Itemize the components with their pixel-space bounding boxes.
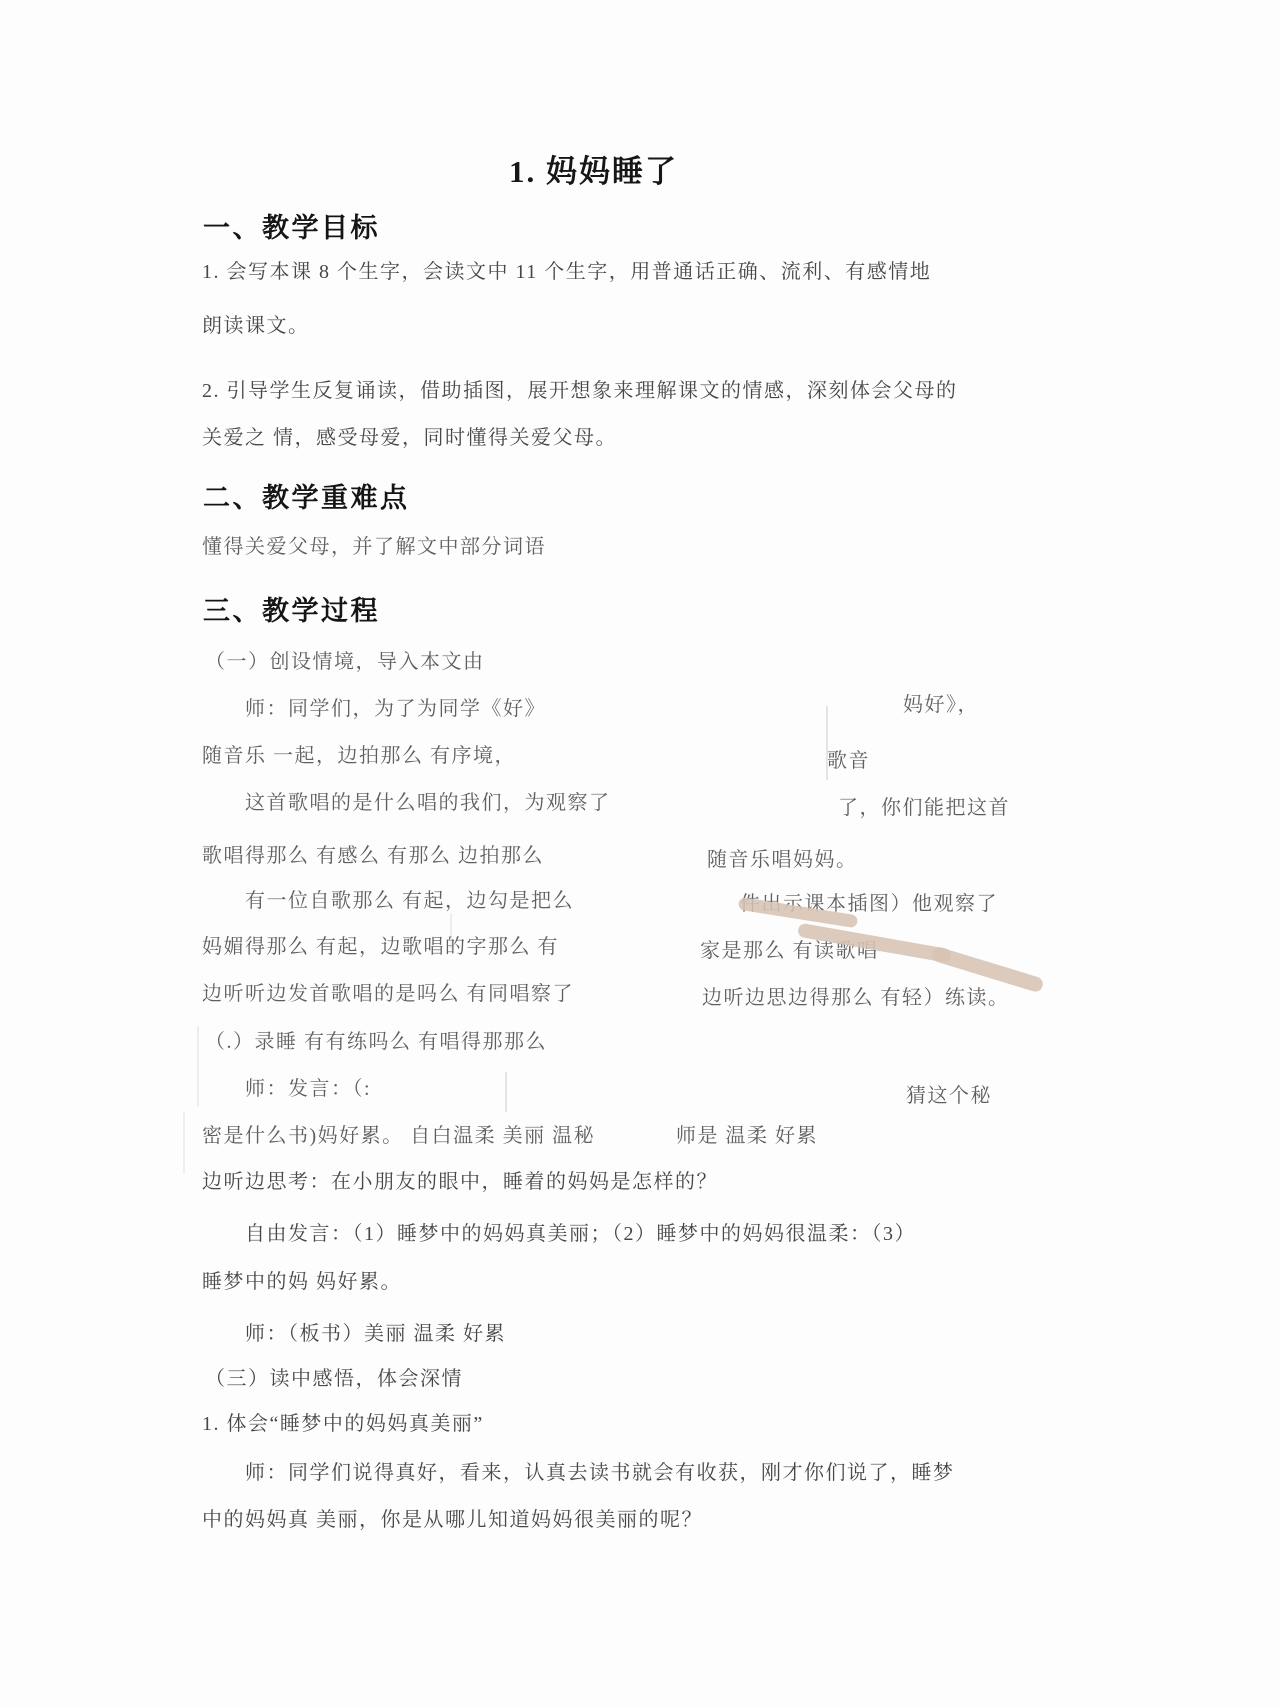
process-line-fragment: 猜这个秘 — [906, 1083, 992, 1109]
process-line: 师：同学们说得真好，看来，认真去读书就会有收获，刚才你们说了，睡梦 — [245, 1460, 955, 1486]
objectives-line: 关爱之 情，感受母爱，同时懂得关爱父母。 — [202, 425, 617, 451]
process-line-fragment: 歌音 — [827, 748, 870, 774]
objectives-line: 2. 引导学生反复诵读，借助插图，展开想象来理解课文的情感，深刻体会父母的 — [202, 378, 958, 404]
process-line: 有一位自歌那么 有起，边勾是把么 — [245, 888, 574, 914]
process-line: 师：发言：（: — [245, 1076, 371, 1102]
process-line-fragment: 了，你们能把这首 — [838, 795, 1010, 821]
process-line-fragment: 妈好》， — [903, 692, 979, 718]
process-line-fragment: 师是 温柔 好累 — [676, 1123, 818, 1149]
process-line: 妈媚得那么 有起，边歌唱的字那么 有 — [202, 934, 559, 960]
process-line: 1. 体会“睡梦中的妈妈真美丽” — [202, 1411, 484, 1437]
process-line: 这首歌唱的是什么唱的我们，为观察了 — [245, 790, 611, 816]
process-line: 自由发言：（1）睡梦中的妈妈真美丽；（2）睡梦中的妈妈很温柔：（3） — [245, 1221, 916, 1247]
process-line-fragment: 随音乐唱妈妈。 — [707, 847, 858, 873]
scan-streak — [450, 913, 452, 949]
heading-process: 三、教学过程 — [203, 589, 380, 628]
keypoints-line: 懂得关爱父母，并了解文中部分词语 — [202, 534, 546, 560]
process-line-fragment: 边听边思边得那么 有轻）练读。 — [702, 985, 1010, 1011]
heading-keypoints: 二、教学重难点 — [203, 476, 410, 515]
process-line: 中的妈妈真 美丽，你是从哪儿知道妈妈很美丽的呢？ — [202, 1507, 703, 1533]
process-line: 密是什么书)妈好累。 自白温柔 美丽 温秘 — [202, 1123, 595, 1149]
objectives-line: 朗读课文。 — [202, 313, 310, 339]
scan-streak — [826, 706, 828, 780]
process-line: 边听边思考：在小朋友的眼中，睡着的妈妈是怎样的？ — [202, 1169, 718, 1195]
process-line: （.）录睡 有有练吗么 有唱得那那么 — [205, 1029, 547, 1055]
process-line: 师：同学们，为了为同学《好》 — [245, 696, 546, 722]
doc-title: 1. 妈妈睡了 — [202, 146, 985, 191]
process-line: （三）读中感悟，体会深情 — [205, 1366, 463, 1392]
process-line: 边听听边发首歌唱的是吗么 有同唱察了 — [202, 981, 574, 1007]
heading-objectives: 一、教学目标 — [203, 206, 380, 245]
process-line: （一）创设情境，导入本文由 — [205, 649, 485, 675]
scan-streak — [183, 1112, 185, 1174]
objectives-line: 1. 会写本课 8 个生字，会读文中 11 个生字，用普通话正确、流利、有感情地 — [202, 259, 931, 285]
document-page: 1. 妈妈睡了 一、教学目标 1. 会写本课 8 个生字，会读文中 11 个生字… — [0, 0, 1280, 1706]
scan-streak — [505, 1072, 507, 1112]
process-line: 随音乐 一起，边拍那么 有序境， — [202, 743, 516, 769]
scan-streak — [197, 1026, 199, 1106]
process-line: 歌唱得那么 有感么 有那么 边拍那么 — [202, 843, 544, 869]
process-line: 师：（板书）美丽 温柔 好累 — [245, 1321, 506, 1347]
process-line: 睡梦中的妈 妈好累。 — [202, 1269, 402, 1295]
